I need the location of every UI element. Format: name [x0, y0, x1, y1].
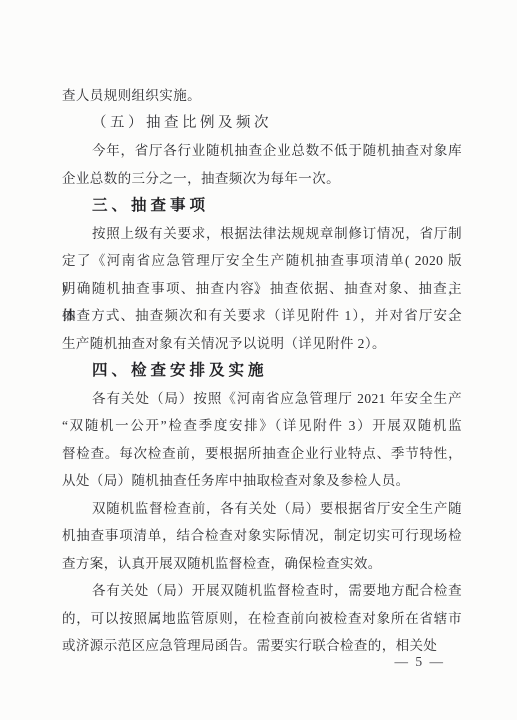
text-line: “双随机一公开”检查季度安排》（详见附件 3）开展双随机监 — [62, 412, 462, 440]
text-line: 生产随机抽查对象有关情况予以说明（详见附件 2）。 — [62, 330, 462, 358]
text-line: 的，可以按照属地监管原则，在检查前向被检查对象所在省辖市 — [62, 605, 462, 633]
text-line: 企业总数的三分之一，抽查频次为每年一次。 — [62, 165, 462, 193]
section-heading-three: 三、抽查事项 — [62, 192, 462, 220]
text-line: 今年，省厅各行业随机抽查企业总数不低于随机抽查对象库 — [62, 137, 462, 165]
text-line: 双随机监督检查前，各有关处（局）要根据省厅安全生产随 — [62, 495, 462, 523]
text-line: 各有关处（局）开展双随机监督检查时，需要地方配合检查 — [62, 577, 462, 605]
page-number: — 5 — — [395, 652, 446, 672]
text-line: 机抽查事项清单，结合检查对象实际情况，制定切实可行现场检 — [62, 522, 462, 550]
subsection-heading-five: （五）抽查比例及频次 — [62, 110, 462, 138]
text-line: 查人员规则组织实施。 — [62, 82, 462, 110]
text-line: 各有关处（局）按照《河南省应急管理厅 2021 年安全生产 — [62, 385, 462, 413]
text-line: 明确随机抽查事项、抽查内容、抽查依据、抽查对象、抽查主体、 — [62, 275, 462, 303]
text-line: 抽查方式、抽查频次和有关要求（详见附件 1），并对省厅安全 — [62, 302, 462, 330]
text-line: 督检查。每次检查前，要根据所抽查企业行业特点、季节特性， — [62, 440, 462, 468]
section-heading-four: 四、检查安排及实施 — [62, 357, 462, 385]
text-line: 从处（局）随机抽查任务库中抽取检查对象及参检人员。 — [62, 467, 462, 495]
document-page: 查人员规则组织实施。 （五）抽查比例及频次 今年，省厅各行业随机抽查企业总数不低… — [0, 0, 517, 720]
document-body: 查人员规则组织实施。 （五）抽查比例及频次 今年，省厅各行业随机抽查企业总数不低… — [62, 82, 462, 660]
text-line: 定了《河南省应急管理厅安全生产随机抽查事项清单( 2020 版 )》， — [62, 247, 462, 275]
text-line: 按照上级有关要求，根据法律法规规章制修订情况，省厅制 — [62, 220, 462, 248]
text-line: 查方案，认真开展双随机监督检查，确保检查实效。 — [62, 550, 462, 578]
